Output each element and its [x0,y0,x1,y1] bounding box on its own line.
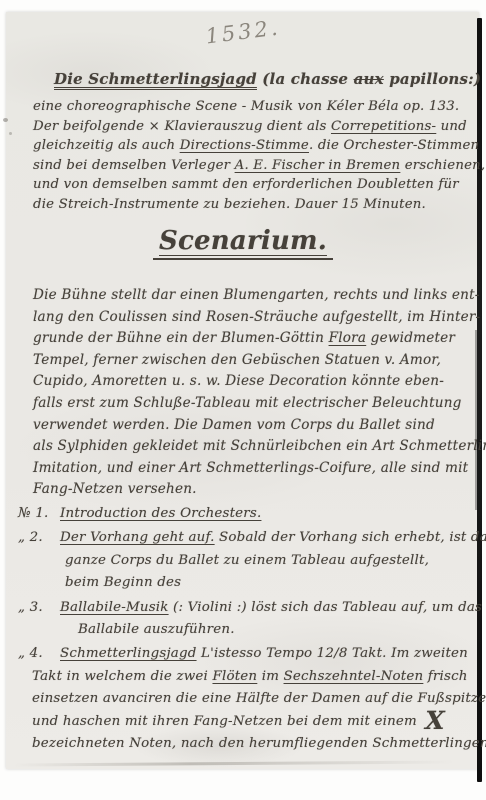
handwritten-text: falls erst zum Schluße-Tableau mit elect… [33,395,462,411]
handwriting-line: eine choreographische Scene - Musik von … [33,97,485,117]
handwritten-text: einsetzen avanciren die eine Hälfte der … [32,691,486,706]
scene-item: „ 2.Der Vorhang geht auf. Sobald der Vor… [14,527,486,594]
handwriting-line: Ballabile-Musik (: Violini :) löst sich … [60,597,486,619]
handwriting-line: Fang-Netzen versehen. [33,479,486,501]
handwriting-line: ganze Corps du Ballet zu einem Tableau a… [65,550,486,572]
handwriting-line: als Sylphiden gekleidet mit Schnürleibch… [33,436,486,458]
handwritten-text: grunde der Bühne ein der Blumen-Göttin [33,330,329,346]
underlined-text: Directions-Stimme [180,138,309,153]
handwriting-line: Schmetterlingsjagd L'istesso Tempo 12/8 … [60,643,486,665]
handwritten-text: papillons:) [384,70,481,88]
handwritten-text: die Streich-Instrumente zu beziehen. Dau… [33,197,426,212]
handwriting-line: Cupido, Amoretten u. s. w. Diese Decorat… [33,371,486,393]
handwritten-text: bezeichneten Noten, nach den herumfliege… [32,736,486,751]
handwriting-line: Der beifolgende × Klavierauszug dient al… [33,117,485,137]
scenarium-paragraph: Die Bühne stellt dar einen Blumengarten,… [33,285,486,501]
handwriting-line: Ballabile auszuführen. [78,619,486,641]
item-text: Schmetterlingsjagd L'istesso Tempo 12/8 … [60,643,486,755]
item-number: „ 2. [14,527,60,594]
handwriting-line: lang den Coulissen sind Rosen-Sträuche a… [33,307,486,329]
handwritten-text: Imitation, und einer Art Schmetterlings-… [33,460,468,476]
scan-speck [3,118,8,122]
document-title: Die Schmetterlingsjagd (la chasse aux pa… [54,70,481,88]
underlined-text: Flöten [212,669,257,684]
handwriting-line: beim Beginn des [65,572,486,594]
handwriting-line: sind bei demselben Verleger A. E. Fische… [33,156,485,176]
underlined-text: Die Schmetterlingsjagd [54,70,257,90]
handwriting-line: grunde der Bühne ein der Blumen-Göttin F… [33,328,486,350]
handwritten-text: ganze Corps du Ballet zu einem Tableau a… [65,553,429,568]
underlined-text: Introduction des Orchesters. [60,506,261,521]
handwritten-text: Takt in welchem die zwei [32,669,212,684]
item-number: № 1. [14,503,60,525]
handwritten-text: Fang-Netzen versehen. [33,481,197,497]
handwritten-text: gleichzeitig als auch [33,138,180,153]
handwritten-text: Sobald der Vorhang sich erhebt, ist das [215,530,486,545]
handwriting-line: Der Vorhang geht auf. Sobald der Vorhang… [60,527,486,549]
handwritten-text: als Sylphiden gekleidet mit Schnürleibch… [33,438,486,454]
item-text: Introduction des Orchesters. [60,503,486,525]
underlined-text: Correpetitions- [331,119,436,134]
underlined-text: Der Vorhang geht auf. [60,530,215,545]
handwriting-line: Die Bühne stellt dar einen Blumengarten,… [33,285,486,307]
scene-item: „ 4.Schmetterlingsjagd L'istesso Tempo 1… [14,643,486,755]
scene-item-list: № 1.Introduction des Orchesters.„ 2.Der … [14,503,486,757]
handwritten-text: Ballabile auszuführen. [78,622,235,637]
handwritten-text: und [436,119,467,134]
underlined-text: Schmetterlingsjagd [60,646,197,661]
handwritten-text: erschienen, [400,158,485,173]
handwritten-text: und von demselben sammt den erforderlich… [33,177,459,192]
scenarium-heading: Scenarium. [0,226,486,256]
handwriting-line: und von demselben sammt den erforderlich… [33,175,485,195]
handwritten-text: frisch [423,669,467,684]
item-text: Ballabile-Musik (: Violini :) löst sich … [60,597,486,642]
handwritten-text: verwendet werden. Die Damen vom Corps du… [33,417,435,433]
handwriting-line: verwendet werden. Die Damen vom Corps du… [33,415,486,437]
scan-speck [9,132,12,135]
handwritten-text: Die Bühne stellt dar einen Blumengarten,… [33,287,480,303]
handwriting-line: bezeichneten Noten, nach den herumfliege… [32,733,486,755]
handwriting-line: Imitation, und einer Art Schmetterlings-… [33,458,486,480]
handwritten-text: Tempel, ferner zwischen den Gebüschen St… [33,352,441,368]
x-mark: X [425,720,445,721]
handwritten-text: L'istesso Tempo 12/8 Takt. Im zweiten [197,646,468,661]
scene-item: № 1.Introduction des Orchesters. [14,503,486,525]
scanned-manuscript: 1532. Die Schmetterlingsjagd (la chasse … [0,0,486,800]
handwritten-text: (la chasse [257,70,354,88]
handwritten-text: Der beifolgende × Klavierauszug dient al… [33,119,331,134]
handwriting-line: Takt in welchem die zwei Flöten im Sechs… [32,666,486,688]
handwritten-text: sind bei demselben Verleger [33,158,235,173]
handwritten-text: im [257,669,283,684]
scenarium-heading-text: Scenarium. [153,226,333,260]
handwritten-text: lang den Coulissen sind Rosen-Sträuche a… [33,309,480,325]
handwriting-line: und haschen mit ihren Fang-Netzen bei de… [32,711,486,733]
handwritten-text: (: Violini :) löst sich das Tableau auf,… [169,600,483,615]
handwritten-text: beim Beginn des [65,575,181,590]
item-number: „ 3. [14,597,60,642]
scene-item: „ 3.Ballabile-Musik (: Violini :) löst s… [14,597,486,642]
underlined-text: Sechszehntel-Noten [284,669,424,684]
intro-paragraph: eine choreographische Scene - Musik von … [33,97,485,215]
handwritten-text: . die Orchester-Stimmen [309,138,479,153]
handwriting-line: einsetzen avanciren die eine Hälfte der … [32,688,486,710]
underlined-text: Ballabile-Musik [60,600,169,615]
handwriting-line: Die Schmetterlingsjagd (la chasse aux pa… [54,70,481,88]
handwriting-line: die Streich-Instrumente zu beziehen. Dau… [33,195,485,215]
handwritten-text: und haschen mit ihren Fang-Netzen bei de… [32,714,417,729]
handwritten-text: gewidmeter [366,330,455,346]
struck-text: aux [354,70,384,88]
handwriting-line: Tempel, ferner zwischen den Gebüschen St… [33,350,486,372]
item-text: Der Vorhang geht auf. Sobald der Vorhang… [60,527,486,594]
handwriting-line: Introduction des Orchesters. [60,503,486,525]
handwritten-text: eine choreographische Scene - Musik von … [33,99,459,114]
handwriting-line: gleichzeitig als auch Directions-Stimme.… [33,136,485,156]
handwriting-line: falls erst zum Schluße-Tableau mit elect… [33,393,486,415]
handwritten-text: Cupido, Amoretten u. s. w. Diese Decorat… [33,373,444,389]
underlined-text: Flora [329,330,367,346]
underlined-text: A. E. Fischer in Bremen [235,158,401,173]
